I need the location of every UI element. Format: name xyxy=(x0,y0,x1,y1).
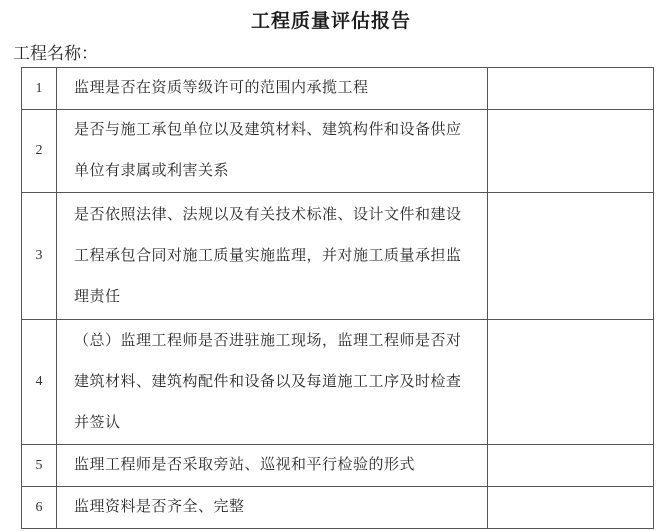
table-row: 4 （总）监理工程师是否进驻施工现场，监理工程师是否对建筑材料、建筑构配件和设备… xyxy=(22,320,654,445)
table-row: 2 是否与施工承包单位以及建筑材料、建筑构件和设备供应单位有隶属或利害关系 xyxy=(22,110,654,193)
result-cell xyxy=(488,487,654,529)
table-row: 6 监理资料是否齐全、完整 xyxy=(22,487,654,529)
row-number-cell: 6 xyxy=(22,487,57,529)
question-cell: 监理是否在资质等级许可的范围内承揽工程 xyxy=(57,68,488,110)
project-name-label: 工程名称： xyxy=(13,39,98,64)
result-cell xyxy=(488,320,654,445)
question-cell: 监理资料是否齐全、完整 xyxy=(57,487,488,529)
row-number-cell: 3 xyxy=(22,193,57,320)
report-title: 工程质量评估报告 xyxy=(0,6,662,33)
assessment-table: 1 监理是否在资质等级许可的范围内承揽工程 2 是否与施工承包单位以及建筑材料、… xyxy=(21,67,654,529)
question-cell: （总）监理工程师是否进驻施工现场，监理工程师是否对建筑材料、建筑构配件和设备以及… xyxy=(57,320,488,445)
question-cell: 是否依照法律、法规以及有关技术标准、设计文件和建设工程承包合同对施工质量实施监理… xyxy=(57,193,488,320)
table-row: 5 监理工程师是否采取旁站、巡视和平行检验的形式 xyxy=(22,445,654,487)
row-number-cell: 2 xyxy=(22,110,57,193)
result-cell xyxy=(488,68,654,110)
row-number-cell: 1 xyxy=(22,68,57,110)
table-row: 1 监理是否在资质等级许可的范围内承揽工程 xyxy=(22,68,654,110)
result-cell xyxy=(488,110,654,193)
question-cell: 是否与施工承包单位以及建筑材料、建筑构件和设备供应单位有隶属或利害关系 xyxy=(57,110,488,193)
result-cell xyxy=(488,193,654,320)
row-number-cell: 4 xyxy=(22,320,57,445)
table-row: 3 是否依照法律、法规以及有关技术标准、设计文件和建设工程承包合同对施工质量实施… xyxy=(22,193,654,320)
result-cell xyxy=(488,445,654,487)
question-cell: 监理工程师是否采取旁站、巡视和平行检验的形式 xyxy=(57,445,488,487)
row-number-cell: 5 xyxy=(22,445,57,487)
